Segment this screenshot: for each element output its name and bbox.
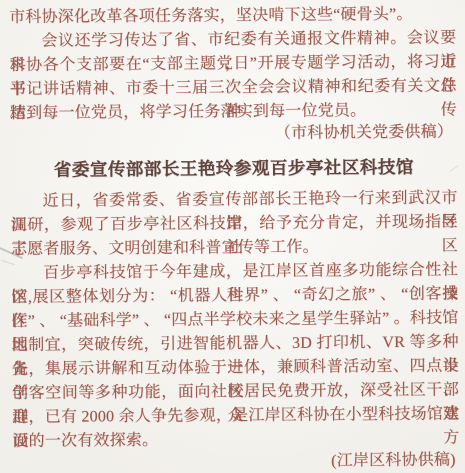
body-line: 书记讲话精神、市委十三届三次全会会议精神和纪委有关文件精神传	[10, 74, 457, 102]
body-line: 科协各个支部要在“支部主题党日”开展专题学习活动，将习近平总	[9, 50, 456, 78]
article-headline: 省委宣传部部长王艳玲参观百步亭社区科技馆	[10, 153, 457, 183]
body-line: 地制宜，突破传统，引进智能机器人、3D 打印机、VR 等多种先进设	[12, 330, 459, 358]
body-line: 调研，参观了百步亭社区科技馆，给予充分肯定，并现场指导了社区	[11, 210, 458, 238]
body-line: 区” 、 “基础科学” 、 “四点半学校未来之星学生驿站” 。科技馆因	[11, 306, 458, 334]
body-line: 会议还学习传达了省、市纪委有关通报文件精神。会议要求，市	[9, 26, 456, 54]
document-text-block: 市科协深化改革各项任务落实，坚决啃下这些“硬骨头”。 会议还学习传达了省、市纪委…	[9, 2, 460, 473]
body-line: 备，集展示讲解和互动体验于一体，兼顾科普活动室、四点半学校、	[12, 354, 459, 382]
body-line: 市科协深化改革各项任务落实，坚决啃下这些“硬骨头”。	[9, 2, 456, 30]
body-line: 馆,展区整体划分为： “机器人世界” 、 “奇幻之旅” 、 “创客操作	[11, 282, 458, 310]
previous-article-ending: 市科协深化改革各项任务落实，坚决啃下这些“硬骨头”。 会议还学习传达了省、市纪委…	[9, 2, 457, 148]
body-line: 创客空间等多种功能，面向社区居民免费开放，深受社区干部群众欢	[12, 378, 459, 406]
body-line: 百步亭科技馆于今年建成，是江岸区首座多功能综合性社区科技	[11, 258, 458, 286]
article-body: 近日，省委常委、省委宣传部部长王艳玲一行来到武汉市江岸区 调研，参观了百步亭社区…	[10, 186, 459, 473]
body-line: 迎，已有 2000 余人争先参观，是江岸区科协在小型科技场馆建设方	[12, 402, 459, 430]
scanned-document-page: 市科协深化改革各项任务落实，坚决啃下这些“硬骨头”。 会议还学习传达了省、市纪委…	[0, 0, 465, 473]
body-line: 近日，省委常委、省委宣传部部长王艳玲一行来到武汉市江岸区	[10, 186, 457, 214]
